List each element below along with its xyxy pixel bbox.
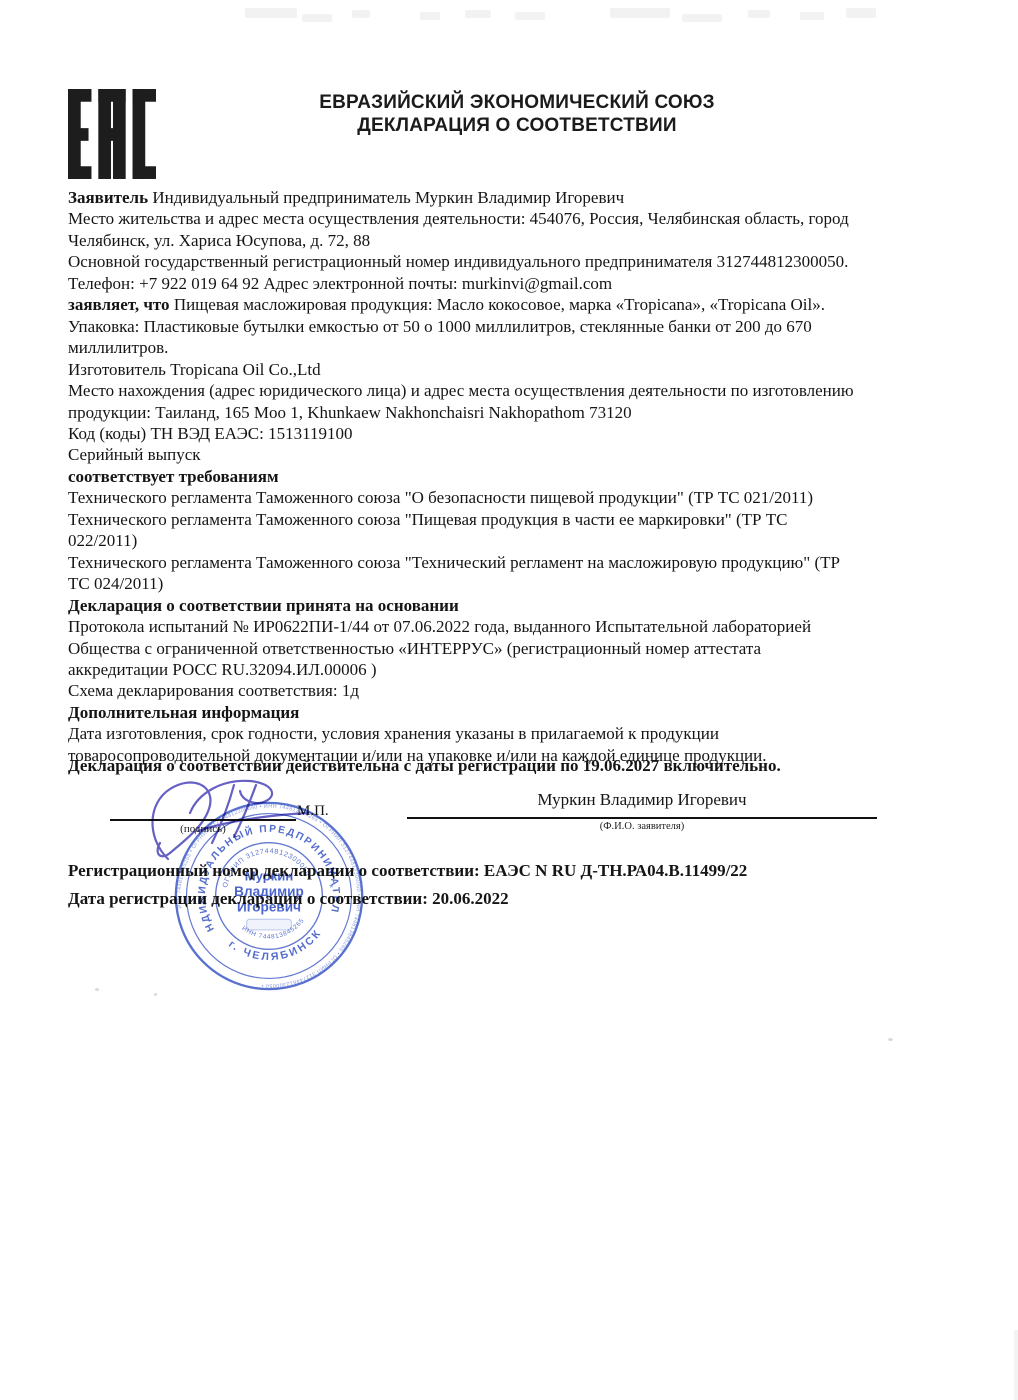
title-line-2: ДЕКЛАРАЦИЯ О СООТВЕТСТВИИ xyxy=(16,114,1018,137)
document-line: Изготовитель Tropicana Oil Co.,Ltd xyxy=(68,359,1008,380)
applicant-name: Муркин Владимир Игоревич xyxy=(407,790,877,810)
document-line: Основной государственный регистрационный… xyxy=(68,251,1008,272)
document-title: ЕВРАЗИЙСКИЙ ЭКОНОМИЧЕСКИЙ СОЮЗ ДЕКЛАРАЦИ… xyxy=(16,91,1018,137)
document-line: Декларация о соответствии принята на осн… xyxy=(68,595,1008,616)
document-line: Общества с ограниченной ответственностью… xyxy=(68,638,1008,659)
svg-text:г. ЧЕЛЯБИНСК: г. ЧЕЛЯБИНСК xyxy=(225,925,327,969)
applicant-caption: (Ф.И.О. заявителя) xyxy=(600,821,685,832)
scan-artifact-edge xyxy=(1014,1330,1018,1400)
document-line: Упаковка: Пластиковые бутылки емкостью о… xyxy=(68,316,1008,337)
document-line: заявляет, что Пищевая масложировая проду… xyxy=(68,294,1008,315)
validity-statement: Декларация о соответствии действительна … xyxy=(68,756,781,776)
document-line: Протокола испытаний № ИР0622ПИ-1/44 от 0… xyxy=(68,616,1008,637)
document-line: аккредитации РОСС RU.32094.ИЛ.00006 ) xyxy=(68,659,1008,680)
document-line: Дополнительная информация xyxy=(68,702,1008,723)
document-line: продукции: Таиланд, 165 Moo 1, Khunkaew … xyxy=(68,402,1008,423)
document-line: 022/2011) xyxy=(68,530,1008,551)
document-line: Телефон: +7 922 019 64 92 Адрес электрон… xyxy=(68,273,1008,294)
scan-speck xyxy=(95,988,99,991)
handwritten-signature xyxy=(138,775,320,871)
document-line: Место нахождения (адрес юридического лиц… xyxy=(68,380,1008,401)
document-page: ЕВРАЗИЙСКИЙ ЭКОНОМИЧЕСКИЙ СОЮЗ ДЕКЛАРАЦИ… xyxy=(0,0,1018,1400)
document-line: миллилитров. xyxy=(68,337,1008,358)
document-line: Серийный выпуск xyxy=(68,444,1008,465)
document-body: Заявитель Индивидуальный предприниматель… xyxy=(68,187,1008,766)
stamp-center-line-3: Игоревич xyxy=(237,900,301,915)
scan-speck xyxy=(888,1038,893,1041)
document-line: ТС 024/2011) xyxy=(68,573,1008,594)
document-line: Код (коды) ТН ВЭД ЕАЭС: 1513119100 xyxy=(68,423,1008,444)
document-line: Технического регламента Таможенного союз… xyxy=(68,487,1008,508)
stamp-ring-bottom-text: г. ЧЕЛЯБИНСК xyxy=(225,925,327,969)
title-line-1: ЕВРАЗИЙСКИЙ ЭКОНОМИЧЕСКИЙ СОЮЗ xyxy=(16,91,1018,114)
document-line: Технического регламента Таможенного союз… xyxy=(68,552,1008,573)
stamp-center-box xyxy=(247,919,292,930)
document-line: Дата изготовления, срок годности, услови… xyxy=(68,723,1008,744)
applicant-name-line: (Ф.И.О. заявителя) xyxy=(407,817,877,832)
document-line: Заявитель Индивидуальный предприниматель… xyxy=(68,187,1008,208)
document-line: соответствует требованиям xyxy=(68,466,1008,487)
document-line: Технического регламента Таможенного союз… xyxy=(68,509,1008,530)
scan-speck xyxy=(154,993,157,996)
document-line: Место жительства и адрес места осуществл… xyxy=(68,208,1008,229)
document-line: Челябинск, ул. Хариса Юсупова, д. 72, 88 xyxy=(68,230,1008,251)
stamp-center-line-2: Владимир xyxy=(234,884,304,899)
document-line: Схема декларирования соответствия: 1д xyxy=(68,680,1008,701)
